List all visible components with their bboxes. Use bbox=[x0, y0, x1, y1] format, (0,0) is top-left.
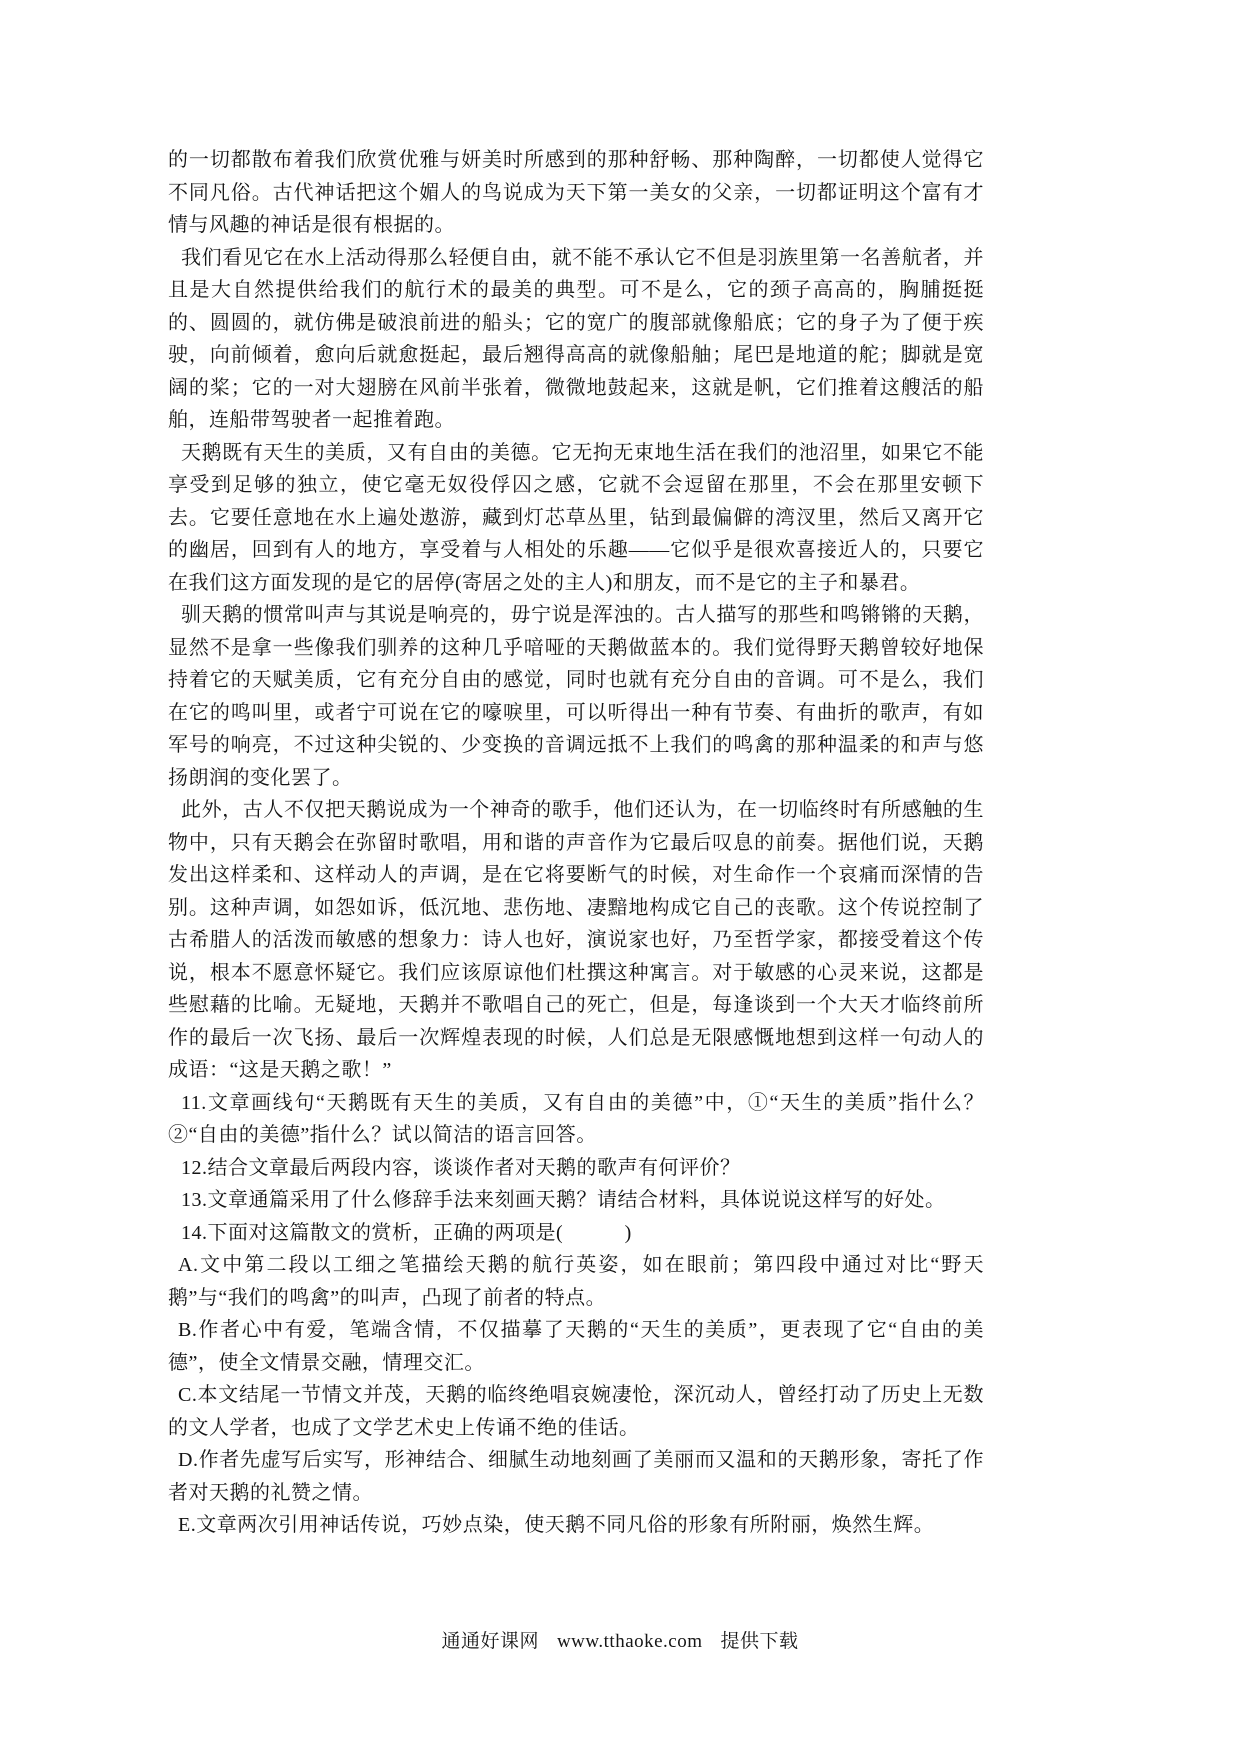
question-14: 14.下面对这篇散文的赏析，正确的两项是( ) bbox=[168, 1217, 984, 1250]
footer-note: 提供下载 bbox=[721, 1631, 799, 1652]
option-c: C.本文结尾一节情文并茂，天鹅的临终绝唱哀婉凄怆，深沉动人，曾经打动了历史上无数… bbox=[168, 1379, 984, 1444]
passage-paragraph-1: 的一切都散布着我们欣赏优雅与妍美时所感到的那种舒畅、那种陶醉，一切都使人觉得它不… bbox=[168, 144, 984, 242]
question-13: 13.文章通篇采用了什么修辞手法来刻画天鹅？请结合材料，具体说说这样写的好处。 bbox=[168, 1184, 984, 1217]
page-footer: 通通好课网www.tthaoke.com提供下载 bbox=[0, 1626, 1240, 1653]
option-b: B.作者心中有爱，笔端含情，不仅描摹了天鹅的“天生的美质”，更表现了它“自由的美… bbox=[168, 1314, 984, 1379]
passage-paragraph-2: 我们看见它在水上活动得那么轻便自由，就不能不承认它不但是羽族里第一名善航者，并且… bbox=[168, 242, 984, 437]
passage-paragraph-4: 驯天鹅的惯常叫声与其说是响亮的，毋宁说是浑浊的。古人描写的那些和鸣锵锵的天鹅，显… bbox=[168, 599, 984, 794]
option-a: A.文中第二段以工细之笔描绘天鹅的航行英姿，如在眼前；第四段中通过对比“野天鹅”… bbox=[168, 1249, 984, 1314]
reading-passage: 的一切都散布着我们欣赏优雅与妍美时所感到的那种舒畅、那种陶醉，一切都使人觉得它不… bbox=[168, 144, 984, 1542]
question-11: 11.文章画线句“天鹅既有天生的美质，又有自由的美德”中，①“天生的美质”指什么… bbox=[168, 1087, 984, 1152]
footer-site-name: 通通好课网 bbox=[441, 1631, 539, 1652]
question-12: 12.结合文章最后两段内容，谈谈作者对天鹅的歌声有何评价？ bbox=[168, 1152, 984, 1185]
option-e: E.文章两次引用神话传说，巧妙点染，使天鹅不同凡俗的形象有所附丽，焕然生辉。 bbox=[168, 1509, 984, 1542]
option-d: D.作者先虚写后实写，形神结合、细腻生动地刻画了美丽而又温和的天鹅形象，寄托了作… bbox=[168, 1444, 984, 1509]
footer-url: www.tthaoke.com bbox=[557, 1631, 703, 1652]
passage-paragraph-5: 此外，古人不仅把天鹅说成为一个神奇的歌手，他们还认为，在一切临终时有所感触的生物… bbox=[168, 794, 984, 1087]
passage-paragraph-3: 天鹅既有天生的美质，又有自由的美德。它无拘无束地生活在我们的池沼里，如果它不能享… bbox=[168, 437, 984, 600]
